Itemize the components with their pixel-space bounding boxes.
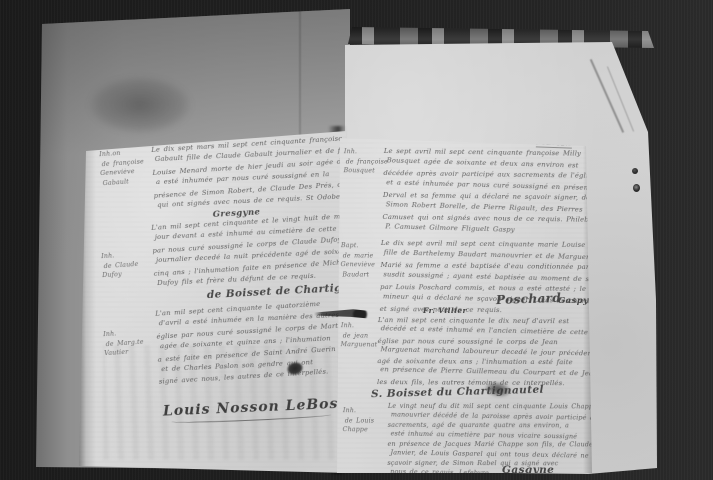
handwritten-line: de jean [343, 331, 378, 341]
witness-postscript: Fr. Villier [423, 306, 467, 315]
handwritten-line: Inh. [343, 406, 375, 416]
handwritten-line: de Louis [345, 416, 374, 426]
scanned-register-photo: Inh.onde françoiseGenevièveGabault Inh.d… [0, 0, 713, 480]
margin-note-burial-bousquet: Inh.de françoiseBousquet [344, 147, 389, 176]
wormhole-dot [633, 184, 640, 192]
right-manuscript-page: Deux 12.e Inh.de françoiseBousquet Bapt.… [337, 136, 593, 474]
wormhole-dot [632, 168, 638, 174]
register-entry: L'an mil sept cent cinquante le quatorzi… [155, 298, 350, 388]
handwritten-line: de marie [343, 251, 375, 261]
entry-signature: Gasgyne [502, 464, 554, 476]
handwritten-line: Bousquet [344, 166, 388, 176]
handwritten-line: Geneviève [341, 260, 376, 270]
handwritten-line: Bapt. [341, 241, 376, 251]
margin-note-burial-chappe: Inh.de LouisChappe [343, 406, 375, 435]
left-manuscript-page: Inh.onde françoiseGenevièveGabault Inh.d… [78, 130, 347, 473]
margin-note-burial-gabault: Inh.onde françoiseGenevièveGabault [99, 148, 145, 188]
handwritten-line: Inh. [341, 321, 378, 331]
handwritten-line: de françoise [346, 157, 388, 167]
corner-fold-crease [607, 66, 634, 131]
margin-note-baptism-baudart: Bapt.de marieGenevièveBaudart [340, 241, 375, 280]
handwritten-line: Dufoy [102, 269, 139, 281]
margin-note-burial-vautier: Inh.de Marg.teVautier [103, 328, 144, 359]
witness-signature: Poschard [496, 291, 562, 307]
handwritten-line: Marguenat [341, 340, 378, 350]
ink-bleed-smudge [70, 66, 210, 144]
margin-note-burial-marguenat: Inh.de jeanMarguenat [341, 321, 378, 350]
register-entry: Le vingt neuf du dit mil sept cent cinqu… [387, 401, 602, 479]
margin-note-burial-dufoy: Inh.de ClaudeDufoy [101, 250, 139, 280]
handwritten-line: Inh. [344, 147, 388, 157]
witness-co-signature: Gaspy [558, 296, 588, 306]
handwritten-line: Baudart [342, 270, 374, 280]
handwritten-line: Chappe [343, 425, 375, 435]
